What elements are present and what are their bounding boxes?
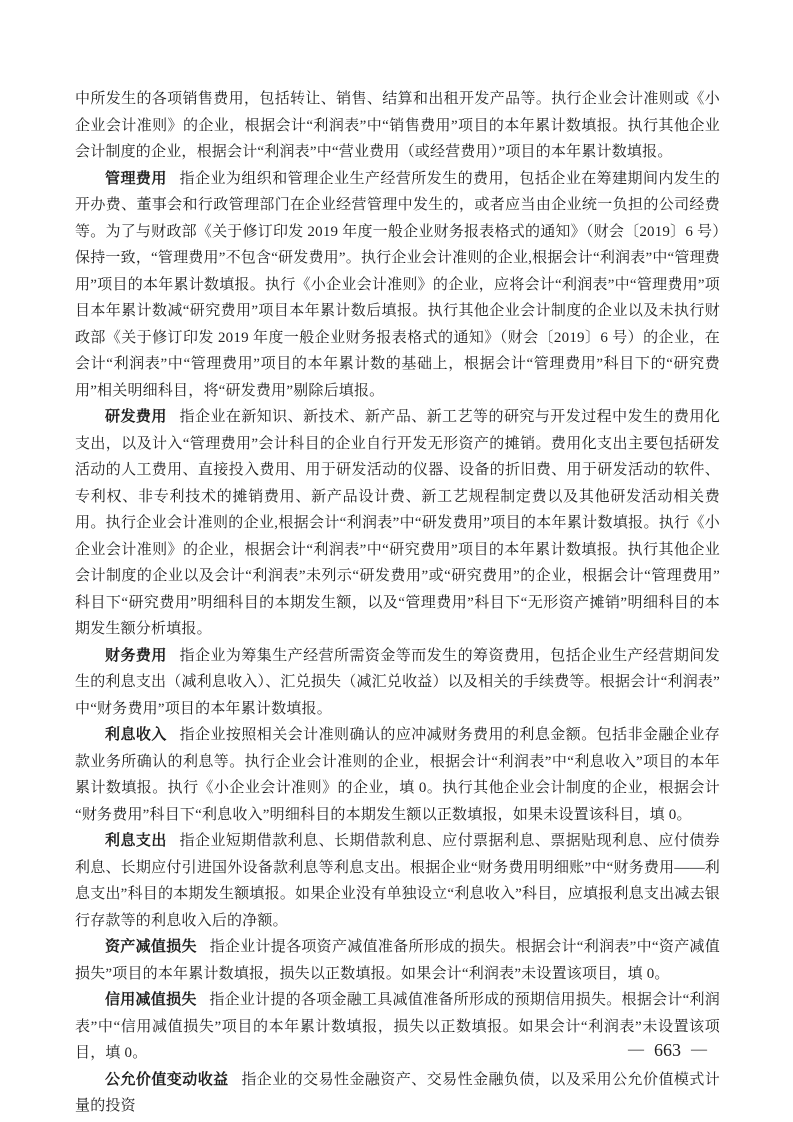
term-label: 财务费用 bbox=[105, 647, 180, 664]
definition-paragraph: 利息收入指企业按照相关会计准则确认的应冲减财务费用的利息金额。包括非金融企业存款… bbox=[75, 722, 720, 828]
definition-paragraph: 管理费用指企业为组织和管理企业生产经营所发生的费用，包括企业在筹建期间内发生的开… bbox=[75, 166, 720, 405]
term-label: 利息支出 bbox=[105, 832, 180, 849]
term-label: 管理费用 bbox=[105, 170, 180, 187]
footer-right-dash: — bbox=[691, 1040, 707, 1060]
term-label: 资产减值损失 bbox=[105, 938, 210, 955]
term-label: 信用减值损失 bbox=[105, 991, 209, 1008]
definition-entries: 管理费用指企业为组织和管理企业生产经营所发生的费用，包括企业在筹建期间内发生的开… bbox=[75, 166, 720, 1120]
term-label: 研发费用 bbox=[105, 408, 180, 425]
definition-paragraph: 资产减值损失指企业计提各项资产减值准备所形成的损失。根据会计“利润表”中“资产减… bbox=[75, 934, 720, 987]
page-footer: — 663 — bbox=[628, 1040, 707, 1060]
definition-paragraph: 利息支出指企业短期借款利息、长期借款利息、应付票据利息、票据贴现利息、应付债券利… bbox=[75, 828, 720, 934]
definition-paragraph: 财务费用指企业为筹集生产经营所需资金等而发生的筹资费用，包括企业生产经营期间发生… bbox=[75, 643, 720, 723]
definition-paragraph: 信用减值损失指企业计提的各项金融工具减值准备所形成的预期信用损失。根据会计“利润… bbox=[75, 987, 720, 1067]
term-label: 公允价值变动收益 bbox=[105, 1071, 241, 1088]
page-number: 663 bbox=[654, 1040, 681, 1060]
footer-left-dash: — bbox=[628, 1040, 644, 1060]
definition-paragraph: 公允价值变动收益指企业的交易性金融资产、交易性金融负债，以及采用公允价值模式计量… bbox=[75, 1067, 720, 1120]
definition-paragraph: 研发费用指企业在新知识、新技术、新产品、新工艺等的研究与开发过程中发生的费用化支… bbox=[75, 404, 720, 643]
document-content: 中所发生的各项销售费用，包括转让、销售、结算和出租开发产品等。执行企业会计准则或… bbox=[75, 86, 720, 1120]
term-definition: 指企业为组织和管理企业生产经营所发生的费用，包括企业在筹建期间内发生的开办费、董… bbox=[75, 171, 720, 399]
paragraph-continuation: 中所发生的各项销售费用，包括转让、销售、结算和出租开发产品等。执行企业会计准则或… bbox=[75, 86, 720, 166]
document-page: 中所发生的各项销售费用，包括转让、销售、结算和出租开发产品等。执行企业会计准则或… bbox=[0, 0, 793, 1122]
term-label: 利息收入 bbox=[105, 726, 180, 743]
term-definition: 指企业在新知识、新技术、新产品、新工艺等的研究与开发过程中发生的费用化支出，以及… bbox=[75, 409, 720, 637]
